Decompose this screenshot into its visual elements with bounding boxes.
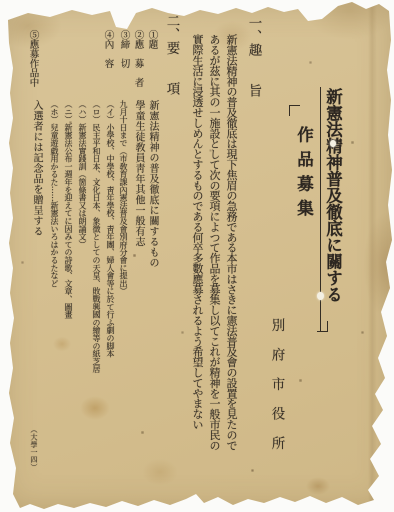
item-5-prize-text: 入選者には記念品を贈呈する bbox=[31, 100, 41, 237]
paper-hole bbox=[317, 292, 324, 300]
scanned-document: 新憲法精神普及徹底に關する 作品募集 別府市役所 一、趣 旨 新憲法精神の普及徹… bbox=[0, 0, 394, 512]
item-3-deadline-text: 九月十日まで（市敎育課內憲法普及會別府分會に提出） bbox=[119, 100, 127, 295]
item-2-applicants-label: ②應 募 者 bbox=[133, 30, 143, 87]
item-4-subitem-a: （イ）小學校、中學校、靑年學校、靑年團、婦人會等に於て行ふ劇の脚本 bbox=[106, 100, 114, 357]
purpose-line: 新憲法精神の普及徹底は現下焦眉の急務である本市はさきに憲法普及會の設置を見たので bbox=[223, 34, 240, 479]
paper-specks bbox=[0, 0, 1, 1]
item-5-prize-label: ⑤應募作品中 bbox=[28, 30, 38, 87]
item-3-deadline-label: ③締 切 bbox=[119, 30, 129, 68]
organization-name: 別府市役所 bbox=[269, 318, 283, 466]
section-purpose-heading: 一、趣 旨 bbox=[246, 16, 260, 97]
section-purpose-body: 新憲法精神の普及徹底は現下焦眉の急務である本市はさきに憲法普及會の設置を見たので… bbox=[189, 34, 240, 479]
purpose-line: 實際生活に浸透せしめんとするものである何卒多數應募されるよう希望してやまない bbox=[189, 34, 206, 479]
printer-imprint: （大學一四） bbox=[30, 426, 37, 471]
title-corner-bracket-open bbox=[289, 105, 300, 116]
title-corner-bracket-close bbox=[317, 321, 328, 332]
paper-hole bbox=[330, 140, 336, 147]
document-title-sub: 作品募集 bbox=[295, 126, 312, 224]
section-guidelines-heading: 二、要 項 bbox=[164, 14, 178, 95]
item-4-subitem-d: （ニ）新憲法公布一週年を迎えてに因みての詩歌、文章、圖畫 bbox=[64, 100, 72, 318]
item-4-subitem-e: （ホ）兒童遊戯用かるた……新憲法いろはかるたなど bbox=[50, 100, 58, 287]
document-title-main: 新憲法精神普及徹底に關する bbox=[324, 88, 341, 303]
purpose-line: あるが茲に其の一施設として次の要項によつて作品を募集し以てこれが精神を一般市民の bbox=[206, 34, 223, 479]
document-paper: 新憲法精神普及徹底に關する 作品募集 別府市役所 一、趣 旨 新憲法精神の普及徹… bbox=[0, 0, 394, 512]
item-4-contents-label: ④內 容 bbox=[103, 30, 113, 68]
item-4-subitem-c: （ハ）新憲法實踐訓（箇條書又は朗誦文） bbox=[78, 100, 86, 248]
item-2-applicants-text: 學童生徒敎員靑年其他一般有志 bbox=[133, 100, 143, 247]
item-4-subitem-b: （ロ）民主平和日本、文化日本、象徴としての天皇、敗戰興國の繪等の紙芝居 bbox=[92, 100, 100, 373]
item-1-theme-text: 新憲法精神の普及徹底に關するもの bbox=[147, 100, 157, 268]
item-1-theme-label: ①題 bbox=[147, 30, 157, 49]
